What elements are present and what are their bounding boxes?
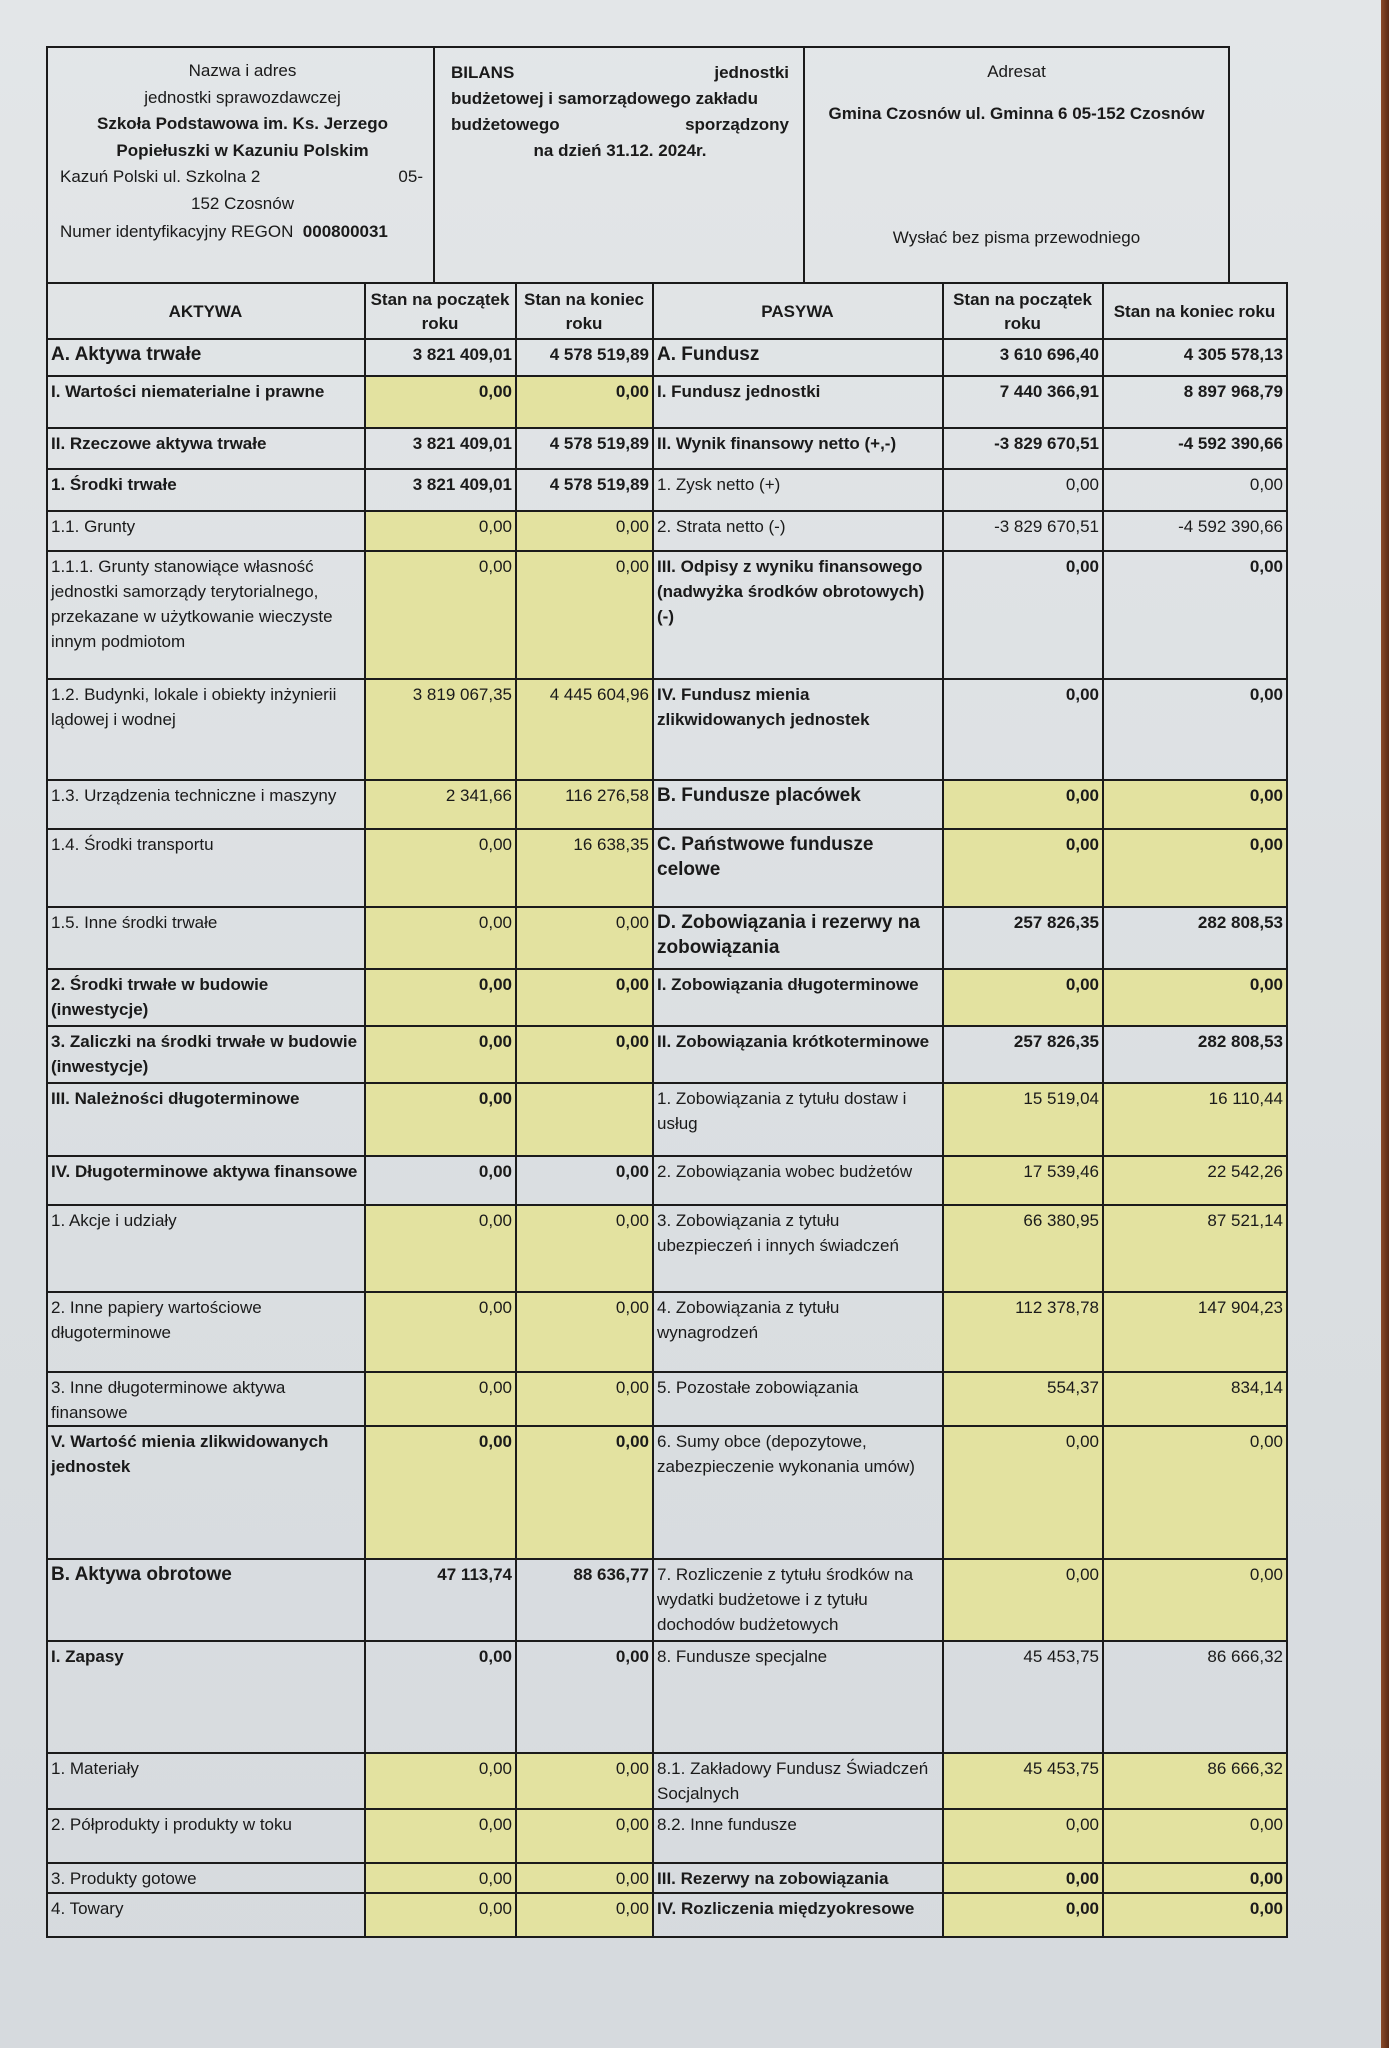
liability-start-value: 0,00: [943, 780, 1103, 829]
liability-end-value: 0,00: [1103, 1863, 1287, 1893]
addressee-label: Adresat: [805, 62, 1228, 82]
table-row: 2. Inne papiery wartościowe długotermino…: [47, 1292, 1287, 1372]
table-row: I. Zapasy0,000,008. Fundusze specjalne45…: [47, 1641, 1287, 1753]
liability-start-value: 0,00: [943, 1863, 1103, 1893]
asset-start-value: 0,00: [365, 1372, 516, 1426]
assets-end-header: Stan na koniec roku: [516, 283, 653, 339]
asset-label: 1.4. Środki transportu: [47, 829, 365, 907]
unit-name-label: Nazwa i adres: [60, 58, 425, 85]
asset-start-value: 0,00: [365, 1292, 516, 1372]
send-note: Wysłać bez pisma przewodniego: [805, 228, 1228, 248]
liability-start-value: 257 826,35: [943, 907, 1103, 969]
table-row: 1.4. Środki transportu0,0016 638,35C. Pa…: [47, 829, 1287, 907]
regon-line: Numer identyfikacyjny REGON 000800031: [60, 219, 425, 246]
balance-sheet-table: AKTYWA Stan na początek roku Stan na kon…: [46, 282, 1286, 1938]
report-header: Nazwa i adres jednostki sprawozdawczej S…: [46, 46, 1230, 284]
liability-end-value: 16 110,44: [1103, 1083, 1287, 1156]
table-row: 2. Półprodukty i produkty w toku0,000,00…: [47, 1809, 1287, 1863]
liability-label: 6. Sumy obce (depozytowe, zabezpieczenie…: [653, 1426, 943, 1559]
liability-end-value: 22 542,26: [1103, 1156, 1287, 1205]
asset-end-value: 116 276,58: [516, 780, 653, 829]
asset-start-value: 0,00: [365, 1863, 516, 1893]
asset-end-value: 0,00: [516, 1026, 653, 1083]
asset-label: 4. Towary: [47, 1893, 365, 1937]
table-row: A. Aktywa trwałe3 821 409,014 578 519,89…: [47, 339, 1287, 376]
liability-end-value: 834,14: [1103, 1372, 1287, 1426]
liability-label: 7. Rozliczenie z tytułu środków na wydat…: [653, 1559, 943, 1641]
unit-address-line: Kazuń Polski ul. Szkolna 2 05-: [60, 164, 425, 191]
liability-label: 8.2. Inne fundusze: [653, 1809, 943, 1863]
asset-end-value: 0,00: [516, 1426, 653, 1559]
asset-label: 2. Środki trwałe w budowie (inwestycje): [47, 969, 365, 1026]
liability-label: I. Fundusz jednostki: [653, 376, 943, 428]
asset-start-value: 2 341,66: [365, 780, 516, 829]
asset-start-value: 0,00: [365, 551, 516, 679]
liability-label: IV. Fundusz mienia zlikwidowanych jednos…: [653, 679, 943, 780]
liability-label: A. Fundusz: [653, 339, 943, 376]
report-date: na dzień 31.12. 2024r.: [451, 138, 789, 164]
asset-end-value: 4 578 519,89: [516, 428, 653, 469]
table-row: III. Należności długoterminowe0,001. Zob…: [47, 1083, 1287, 1156]
asset-start-value: 0,00: [365, 1893, 516, 1937]
report-title-cell: BILANS jednostki budżetowej i samorządow…: [435, 48, 805, 284]
asset-start-value: 3 821 409,01: [365, 428, 516, 469]
asset-start-value: 0,00: [365, 1641, 516, 1753]
title-sporzadzony: sporządzony: [685, 112, 789, 138]
table-row: 1.5. Inne środki trwałe0,000,00D. Zobowi…: [47, 907, 1287, 969]
table-row: 3. Zaliczki na środki trwałe w budowie (…: [47, 1026, 1287, 1083]
unit-name-label-2: jednostki sprawozdawczej: [60, 85, 425, 112]
asset-label: 1. Akcje i udziały: [47, 1205, 365, 1292]
title-line-2: budżetowej i samorządowego zakładu: [451, 86, 789, 112]
regon-label: Numer identyfikacyjny REGON: [60, 222, 293, 241]
liability-end-value: 86 666,32: [1103, 1641, 1287, 1753]
liability-start-value: 0,00: [943, 1893, 1103, 1937]
asset-label: I. Zapasy: [47, 1641, 365, 1753]
asset-end-value: 0,00: [516, 376, 653, 428]
liability-label: D. Zobowiązania i rezerwy na zobowiązani…: [653, 907, 943, 969]
title-budzetowego: budżetowego: [451, 112, 560, 138]
liability-start-value: 66 380,95: [943, 1205, 1103, 1292]
liability-label: II. Wynik finansowy netto (+,-): [653, 428, 943, 469]
table-row: B. Aktywa obrotowe47 113,7488 636,777. R…: [47, 1559, 1287, 1641]
asset-end-value: 0,00: [516, 1863, 653, 1893]
asset-end-value: 16 638,35: [516, 829, 653, 907]
liability-label: 8.1. Zakładowy Fundusz Świadczeń Socjaln…: [653, 1753, 943, 1809]
asset-label: 1.1.1. Grunty stanowiące własność jednos…: [47, 551, 365, 679]
asset-end-value: 0,00: [516, 1372, 653, 1426]
liability-end-value: 0,00: [1103, 1893, 1287, 1937]
liability-end-value: 282 808,53: [1103, 1026, 1287, 1083]
asset-end-value: 0,00: [516, 511, 653, 551]
liability-start-value: -3 829 670,51: [943, 511, 1103, 551]
asset-start-value: 0,00: [365, 1026, 516, 1083]
liabilities-header: PASYWA: [653, 283, 943, 339]
liability-start-value: 17 539,46: [943, 1156, 1103, 1205]
asset-end-value: 0,00: [516, 1753, 653, 1809]
table-row: 1.1.1. Grunty stanowiące własność jednos…: [47, 551, 1287, 679]
unit-name-2: Popiełuszki w Kazuniu Polskim: [60, 138, 425, 165]
asset-end-value: 0,00: [516, 1205, 653, 1292]
asset-label: A. Aktywa trwałe: [47, 339, 365, 376]
asset-end-value: 0,00: [516, 1893, 653, 1937]
asset-start-value: 47 113,74: [365, 1559, 516, 1641]
asset-start-value: 0,00: [365, 511, 516, 551]
asset-end-value: 0,00: [516, 1156, 653, 1205]
liability-label: 8. Fundusze specjalne: [653, 1641, 943, 1753]
assets-start-header: Stan na początek roku: [365, 283, 516, 339]
unit-address-1: Kazuń Polski ul. Szkolna 2: [60, 164, 260, 191]
asset-start-value: 0,00: [365, 1083, 516, 1156]
liability-end-value: 86 666,32: [1103, 1753, 1287, 1809]
liability-end-value: 0,00: [1103, 679, 1287, 780]
asset-label: 1.1. Grunty: [47, 511, 365, 551]
liability-label: I. Zobowiązania długoterminowe: [653, 969, 943, 1026]
asset-label: III. Należności długoterminowe: [47, 1083, 365, 1156]
asset-label: II. Rzeczowe aktywa trwałe: [47, 428, 365, 469]
liability-label: B. Fundusze placówek: [653, 780, 943, 829]
table-row: 1. Akcje i udziały0,000,003. Zobowiązani…: [47, 1205, 1287, 1292]
unit-address-2: 152 Czosnów: [60, 191, 425, 218]
liability-start-value: 0,00: [943, 551, 1103, 679]
assets-header: AKTYWA: [47, 283, 365, 339]
asset-start-value: 3 819 067,35: [365, 679, 516, 780]
reporting-unit-cell: Nazwa i adres jednostki sprawozdawczej S…: [48, 48, 435, 284]
asset-start-value: 0,00: [365, 376, 516, 428]
title-jednostki: jednostki: [714, 60, 789, 86]
asset-label: 3. Inne długoterminowe aktywa finansowe: [47, 1372, 365, 1426]
asset-end-value: 0,00: [516, 1641, 653, 1753]
table-row: 2. Środki trwałe w budowie (inwestycje)0…: [47, 969, 1287, 1026]
asset-label: 3. Produkty gotowe: [47, 1863, 365, 1893]
table-row: 1.1. Grunty0,000,002. Strata netto (-)-3…: [47, 511, 1287, 551]
liability-start-value: 0,00: [943, 469, 1103, 511]
liability-end-value: 147 904,23: [1103, 1292, 1287, 1372]
asset-label: 1.5. Inne środki trwałe: [47, 907, 365, 969]
liability-start-value: 554,37: [943, 1372, 1103, 1426]
liability-end-value: -4 592 390,66: [1103, 428, 1287, 469]
liability-label: 2. Strata netto (-): [653, 511, 943, 551]
liability-label: 2. Zobowiązania wobec budżetów: [653, 1156, 943, 1205]
liability-end-value: 282 808,53: [1103, 907, 1287, 969]
asset-label: 1.3. Urządzenia techniczne i maszyny: [47, 780, 365, 829]
asset-end-value: 0,00: [516, 1809, 653, 1863]
table-row: 1. Środki trwałe3 821 409,014 578 519,89…: [47, 469, 1287, 511]
asset-end-value: 0,00: [516, 907, 653, 969]
liability-end-value: 0,00: [1103, 829, 1287, 907]
asset-label: V. Wartość mienia zlikwidowanych jednost…: [47, 1426, 365, 1559]
table-row: 1. Materiały0,000,008.1. Zakładowy Fundu…: [47, 1753, 1287, 1809]
asset-start-value: 0,00: [365, 1753, 516, 1809]
asset-end-value: 0,00: [516, 1292, 653, 1372]
addressee-cell: Adresat Gmina Czosnów ul. Gminna 6 05-15…: [805, 48, 1228, 284]
liabilities-end-header: Stan na koniec roku: [1103, 283, 1287, 339]
liability-end-value: 0,00: [1103, 780, 1287, 829]
asset-start-value: 3 821 409,01: [365, 469, 516, 511]
addressee-value: Gmina Czosnów ul. Gminna 6 05-152 Czosnó…: [805, 104, 1228, 124]
table-row: 1.2. Budynki, lokale i obiekty inżynieri…: [47, 679, 1287, 780]
liability-end-value: 0,00: [1103, 469, 1287, 511]
liability-start-value: 0,00: [943, 1426, 1103, 1559]
asset-end-value: 4 445 604,96: [516, 679, 653, 780]
liability-end-value: 0,00: [1103, 1809, 1287, 1863]
regon-value: 000800031: [303, 222, 388, 241]
asset-label: 1.2. Budynki, lokale i obiekty inżynieri…: [47, 679, 365, 780]
liability-end-value: 4 305 578,13: [1103, 339, 1287, 376]
asset-start-value: 0,00: [365, 1426, 516, 1559]
asset-end-value: [516, 1083, 653, 1156]
asset-end-value: 4 578 519,89: [516, 469, 653, 511]
table-row: 4. Towary0,000,00IV. Rozliczenia międzyo…: [47, 1893, 1287, 1937]
asset-end-value: 0,00: [516, 551, 653, 679]
table-row: I. Wartości niematerialne i prawne0,000,…: [47, 376, 1287, 428]
asset-label: 1. Środki trwałe: [47, 469, 365, 511]
liability-start-value: 15 519,04: [943, 1083, 1103, 1156]
asset-label: 2. Inne papiery wartościowe długotermino…: [47, 1292, 365, 1372]
liability-label: III. Odpisy z wyniku finansowego (nadwyż…: [653, 551, 943, 679]
asset-start-value: 0,00: [365, 1809, 516, 1863]
liability-start-value: 7 440 366,91: [943, 376, 1103, 428]
liability-start-value: 0,00: [943, 679, 1103, 780]
liability-end-value: 0,00: [1103, 551, 1287, 679]
liability-start-value: -3 829 670,51: [943, 428, 1103, 469]
table-row: 3. Inne długoterminowe aktywa finansowe0…: [47, 1372, 1287, 1426]
table-row: II. Rzeczowe aktywa trwałe3 821 409,014 …: [47, 428, 1287, 469]
asset-start-value: 0,00: [365, 969, 516, 1026]
liability-start-value: 0,00: [943, 1559, 1103, 1641]
liability-end-value: 8 897 968,79: [1103, 376, 1287, 428]
asset-label: 3. Zaliczki na środki trwałe w budowie (…: [47, 1026, 365, 1083]
asset-start-value: 0,00: [365, 1205, 516, 1292]
liabilities-start-header: Stan na początek roku: [943, 283, 1103, 339]
liability-start-value: 45 453,75: [943, 1641, 1103, 1753]
asset-start-value: 0,00: [365, 1156, 516, 1205]
asset-end-value: 4 578 519,89: [516, 339, 653, 376]
liability-label: IV. Rozliczenia międzyokresowe: [653, 1893, 943, 1937]
column-header-row: AKTYWA Stan na początek roku Stan na kon…: [47, 283, 1287, 339]
asset-label: 1. Materiały: [47, 1753, 365, 1809]
liability-start-value: 112 378,78: [943, 1292, 1103, 1372]
liability-label: II. Zobowiązania krótkoterminowe: [653, 1026, 943, 1083]
unit-address-postal: 05-: [398, 164, 423, 191]
table-row: IV. Długoterminowe aktywa finansowe0,000…: [47, 1156, 1287, 1205]
title-line-1: BILANS jednostki: [451, 60, 789, 86]
asset-end-value: 88 636,77: [516, 1559, 653, 1641]
liability-label: 1. Zobowiązania z tytułu dostaw i usług: [653, 1083, 943, 1156]
liability-start-value: 0,00: [943, 969, 1103, 1026]
unit-name-1: Szkoła Podstawowa im. Ks. Jerzego: [60, 111, 425, 138]
asset-label: 2. Półprodukty i produkty w toku: [47, 1809, 365, 1863]
liability-end-value: 0,00: [1103, 1559, 1287, 1641]
table-row: 3. Produkty gotowe0,000,00III. Rezerwy n…: [47, 1863, 1287, 1893]
asset-end-value: 0,00: [516, 969, 653, 1026]
desk-edge: [1381, 0, 1389, 2048]
liability-start-value: 0,00: [943, 1809, 1103, 1863]
liability-label: 4. Zobowiązania z tytułu wynagrodzeń: [653, 1292, 943, 1372]
liability-end-value: 0,00: [1103, 969, 1287, 1026]
liability-end-value: 0,00: [1103, 1426, 1287, 1559]
table-row: 1.3. Urządzenia techniczne i maszyny2 34…: [47, 780, 1287, 829]
liability-label: III. Rezerwy na zobowiązania: [653, 1863, 943, 1893]
liability-start-value: 3 610 696,40: [943, 339, 1103, 376]
title-bilans: BILANS: [451, 60, 514, 86]
liability-start-value: 257 826,35: [943, 1026, 1103, 1083]
liability-label: C. Państwowe fundusze celowe: [653, 829, 943, 907]
asset-start-value: 3 821 409,01: [365, 339, 516, 376]
asset-label: B. Aktywa obrotowe: [47, 1559, 365, 1641]
liability-start-value: 0,00: [943, 829, 1103, 907]
liability-label: 1. Zysk netto (+): [653, 469, 943, 511]
liability-label: 5. Pozostałe zobowiązania: [653, 1372, 943, 1426]
liability-label: 3. Zobowiązania z tytułu ubezpieczeń i i…: [653, 1205, 943, 1292]
asset-start-value: 0,00: [365, 907, 516, 969]
asset-start-value: 0,00: [365, 829, 516, 907]
table-row: V. Wartość mienia zlikwidowanych jednost…: [47, 1426, 1287, 1559]
liability-end-value: 87 521,14: [1103, 1205, 1287, 1292]
asset-label: IV. Długoterminowe aktywa finansowe: [47, 1156, 365, 1205]
title-line-3: budżetowego sporządzony: [451, 112, 789, 138]
asset-label: I. Wartości niematerialne i prawne: [47, 376, 365, 428]
liability-end-value: -4 592 390,66: [1103, 511, 1287, 551]
liability-start-value: 45 453,75: [943, 1753, 1103, 1809]
